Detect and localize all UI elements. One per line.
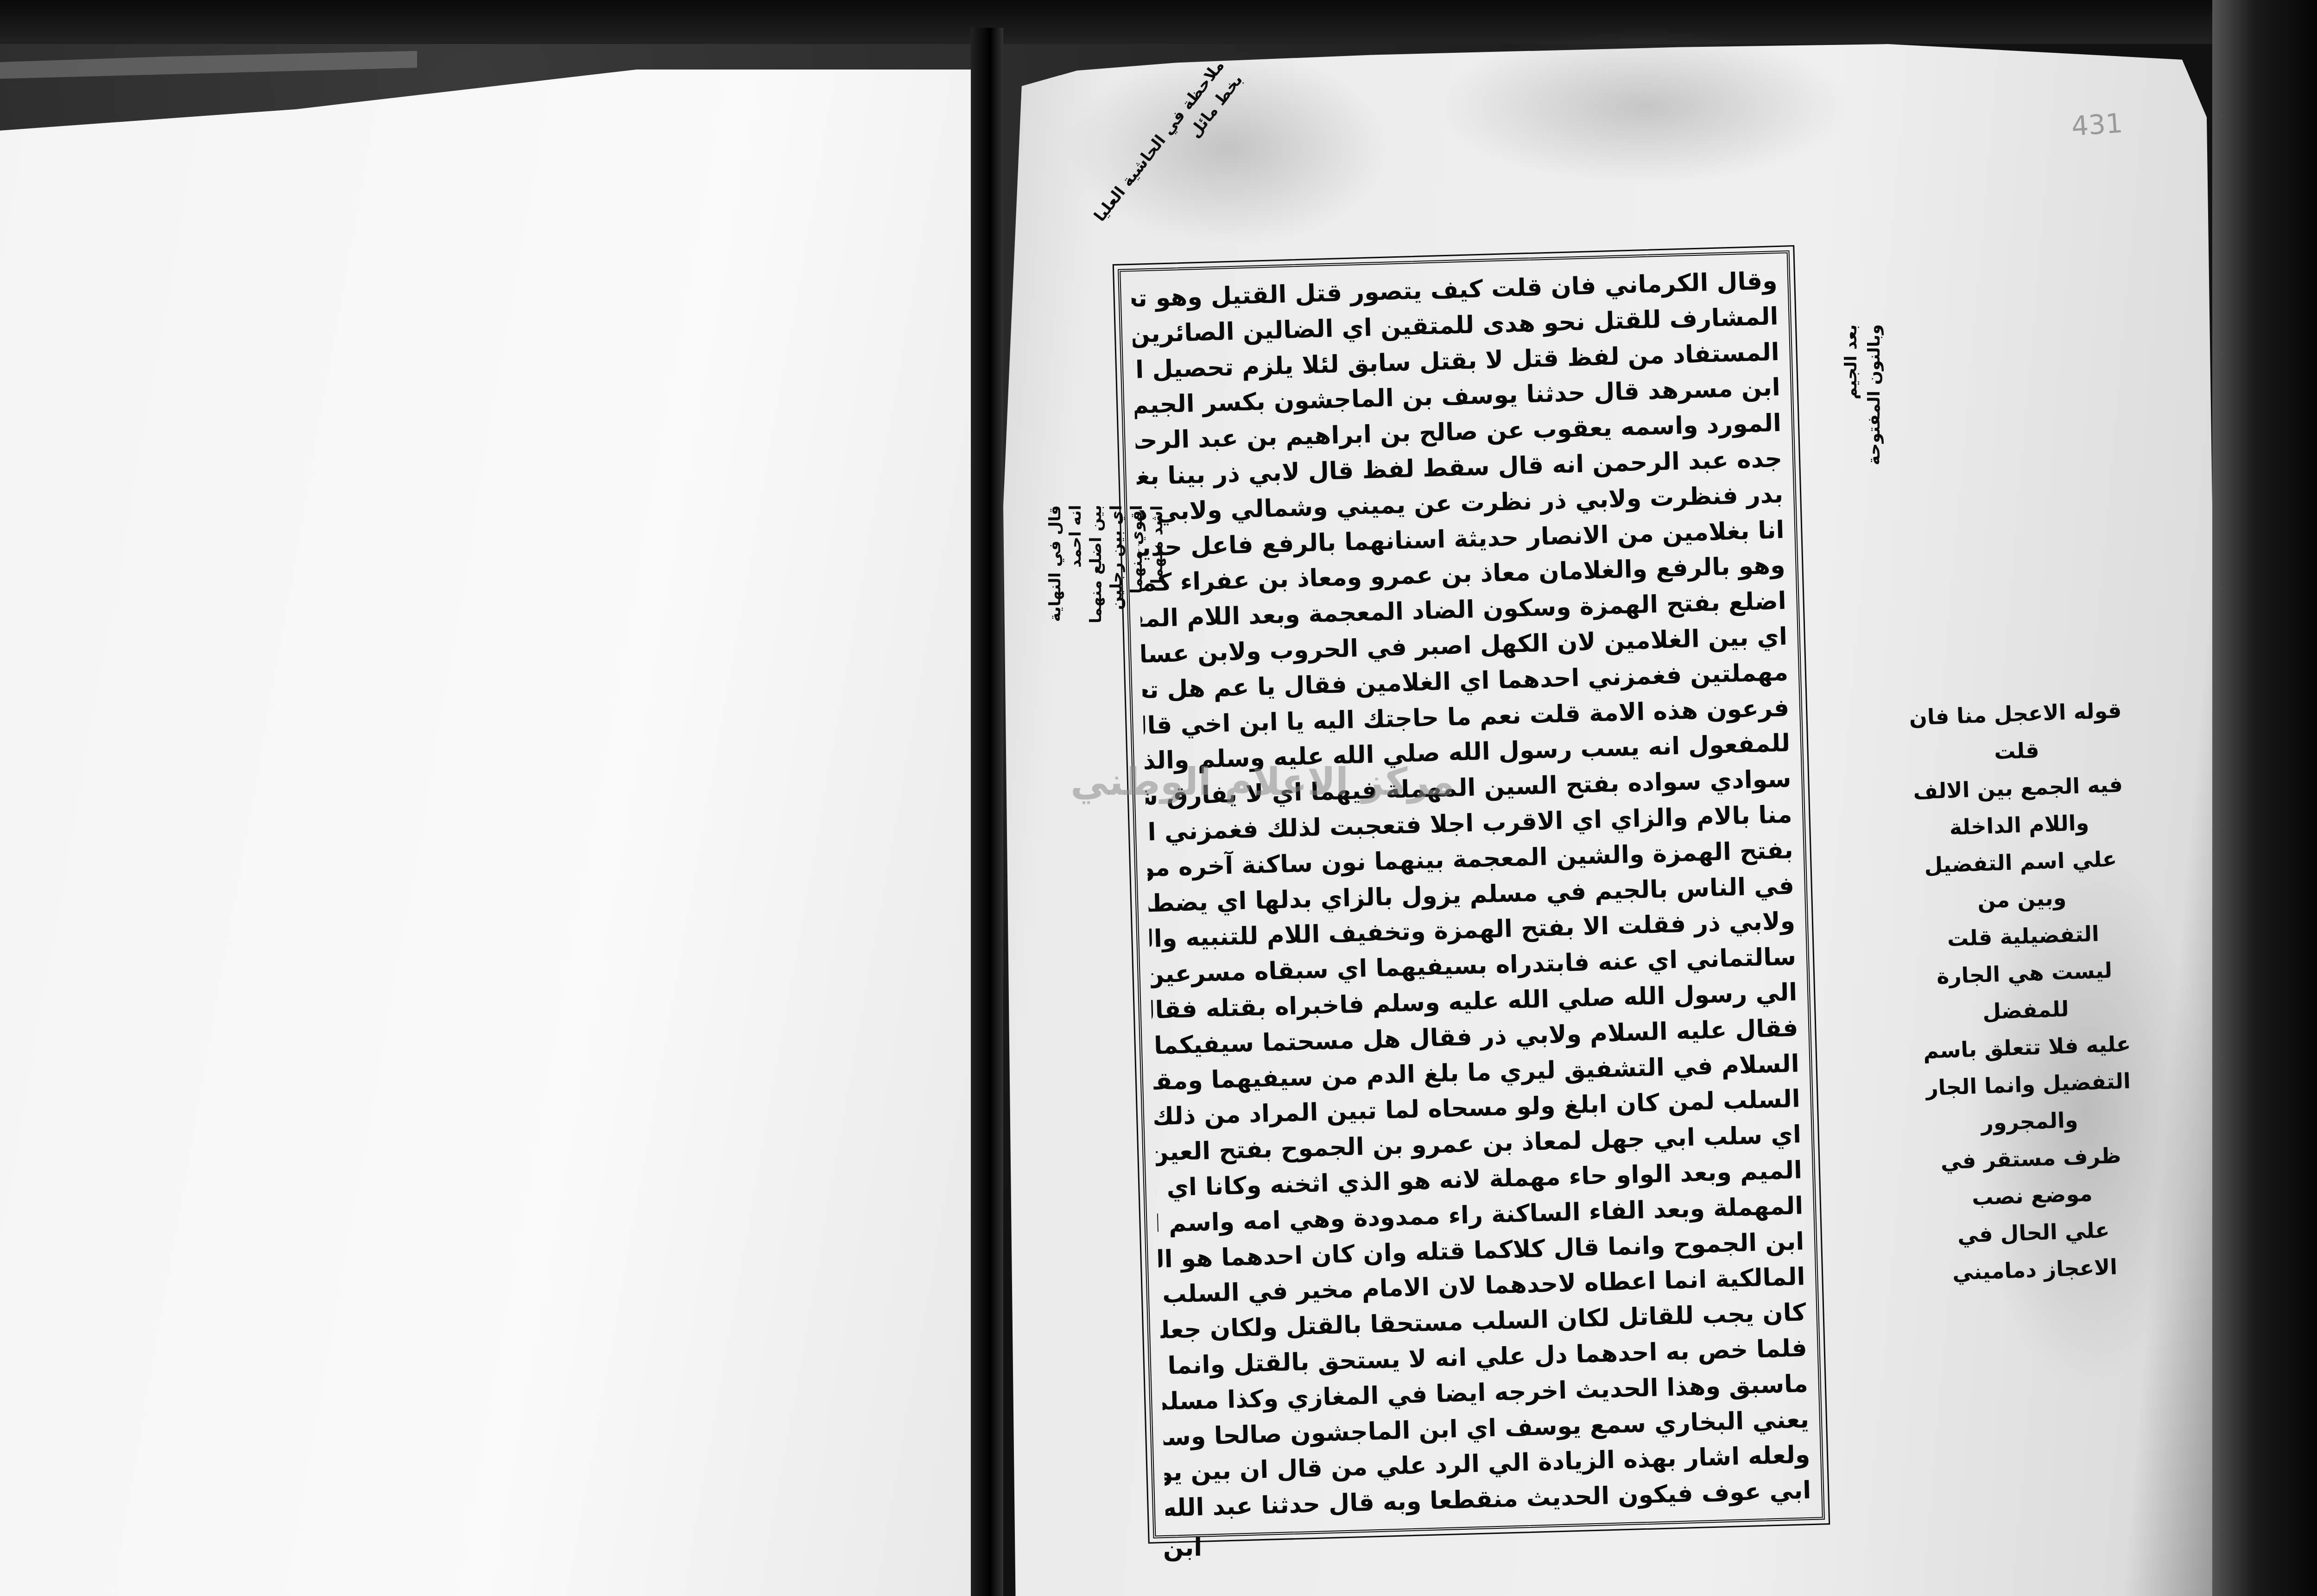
margin-note-inner: قال في النهاية انه احمد بين اضلع منهما ا…	[1045, 505, 1114, 792]
left-blank-page	[0, 70, 987, 1596]
main-text-block: وقال الكرماني فان قلت كيف يتصور قتل القت…	[1118, 250, 1825, 1538]
folio-number: 431	[2070, 107, 2124, 142]
book-edge-right	[2212, 0, 2317, 1596]
margin-note-outer: قوله الاعجل منا فان قلت فيه الجمع بين ال…	[1899, 691, 2151, 1292]
scanner-top-edge	[0, 0, 2317, 44]
catchword: ابن	[1163, 1534, 1202, 1562]
margin-note-vertical: بعد الجيم وبالنون المفتوحة	[1840, 324, 1905, 500]
water-stain	[1437, 28, 1854, 185]
book-gutter-shadow	[971, 28, 1003, 1596]
